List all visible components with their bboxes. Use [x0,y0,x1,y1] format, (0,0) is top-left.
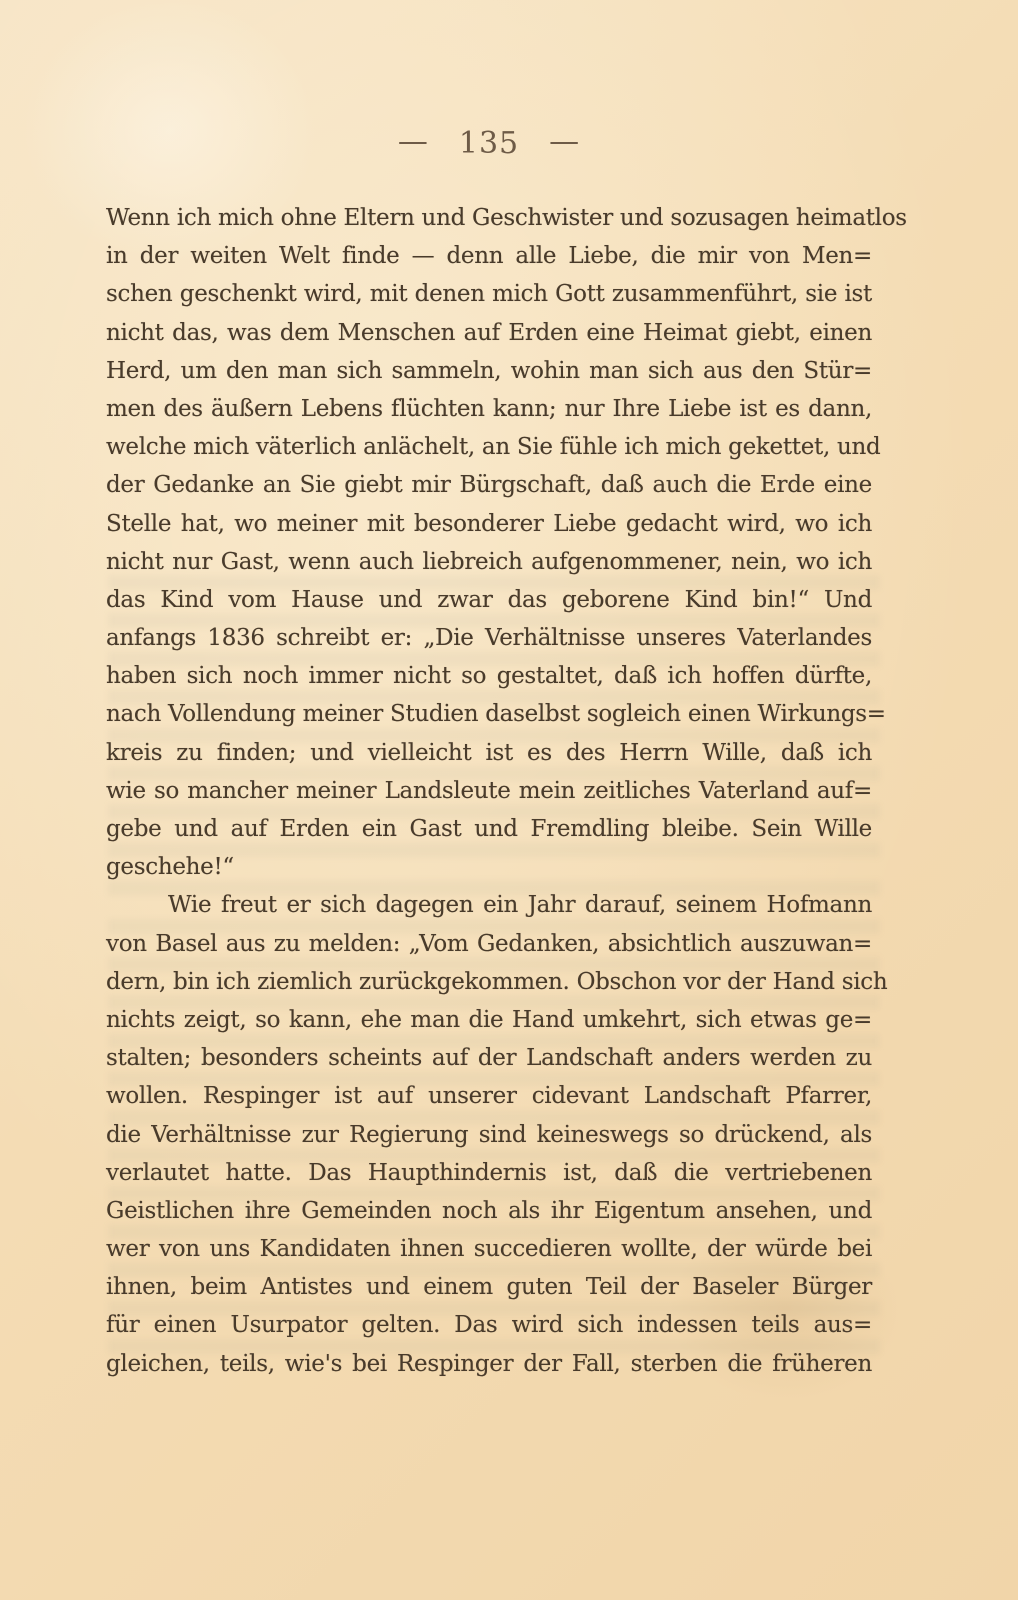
text-line: kreis zu finden; und vielleicht ist es d… [106,734,872,772]
text-line: nichts zeigt, so kann, ehe man die Hand … [106,1001,872,1039]
text-line: men des äußern Lebens flüchten kann; nur… [106,390,872,428]
header-dash-left: — [398,124,429,159]
text-line: nicht das, was dem Menschen auf Erden ei… [106,314,872,352]
text-line: die Verhältnisse zur Regierung sind kein… [106,1116,872,1154]
text-line: in der weiten Welt finde — denn alle Lie… [106,237,872,275]
text-line: anfangs 1836 schreibt er: „Die Verhältni… [106,619,872,657]
text-line: Stelle hat, wo meiner mit besonderer Lie… [106,505,872,543]
text-line: gleichen, teils, wie's bei Respinger der… [106,1345,872,1383]
text-line: das Kind vom Hause und zwar das geborene… [106,581,872,619]
scanned-book-page: — 135 — Wenn ich mich ohne Eltern und Ge… [0,0,1018,1600]
text-line: der Gedanke an Sie giebt mir Bürgschaft,… [106,466,872,504]
text-line: verlautet hatte. Das Haupthindernis ist,… [106,1154,872,1192]
body-text: Wenn ich mich ohne Eltern und Geschwiste… [106,199,872,1383]
text-line: Wenn ich mich ohne Eltern und Geschwiste… [106,199,872,237]
text-line: ihnen, beim Antistes und einem guten Tei… [106,1268,872,1306]
text-line: haben sich noch immer nicht so gestaltet… [106,657,872,695]
text-line: welche mich väterlich anlächelt, an Sie … [106,428,872,466]
text-line: von Basel aus zu melden: „Vom Gedanken, … [106,925,872,963]
text-line: wie so mancher meiner Landsleute mein ze… [106,772,872,810]
text-line: stalten; besonders scheints auf der Land… [106,1039,872,1077]
text-line: gebe und auf Erden ein Gast und Fremdlin… [106,810,872,848]
text-line: Wie freut er sich dagegen ein Jahr darau… [106,886,872,924]
text-line: Herd, um den man sich sammeln, wohin man… [106,352,872,390]
running-head: — 135 — [0,126,998,161]
text-line: wer von uns Kandidaten ihnen succedieren… [106,1230,872,1268]
text-line: schen geschenkt wird, mit denen mich Got… [106,275,872,313]
page-number: 135 [459,126,519,161]
text-line: geschehe!“ [106,848,872,886]
text-line: nach Vollendung meiner Studien daselbst … [106,695,872,733]
paragraph-1: Wenn ich mich ohne Eltern und Geschwiste… [106,199,872,886]
header-dash-right: — [549,124,580,159]
text-line: nicht nur Gast, wenn auch liebreich aufg… [106,543,872,581]
text-line: Geistlichen ihre Gemeinden noch als ihr … [106,1192,872,1230]
text-line: für einen Usurpator gelten. Das wird sic… [106,1306,872,1344]
text-line: wollen. Respinger ist auf unserer cideva… [106,1077,872,1115]
text-line: dern, bin ich ziemlich zurückgekommen. O… [106,963,872,1001]
paragraph-2: Wie freut er sich dagegen ein Jahr darau… [106,886,872,1382]
